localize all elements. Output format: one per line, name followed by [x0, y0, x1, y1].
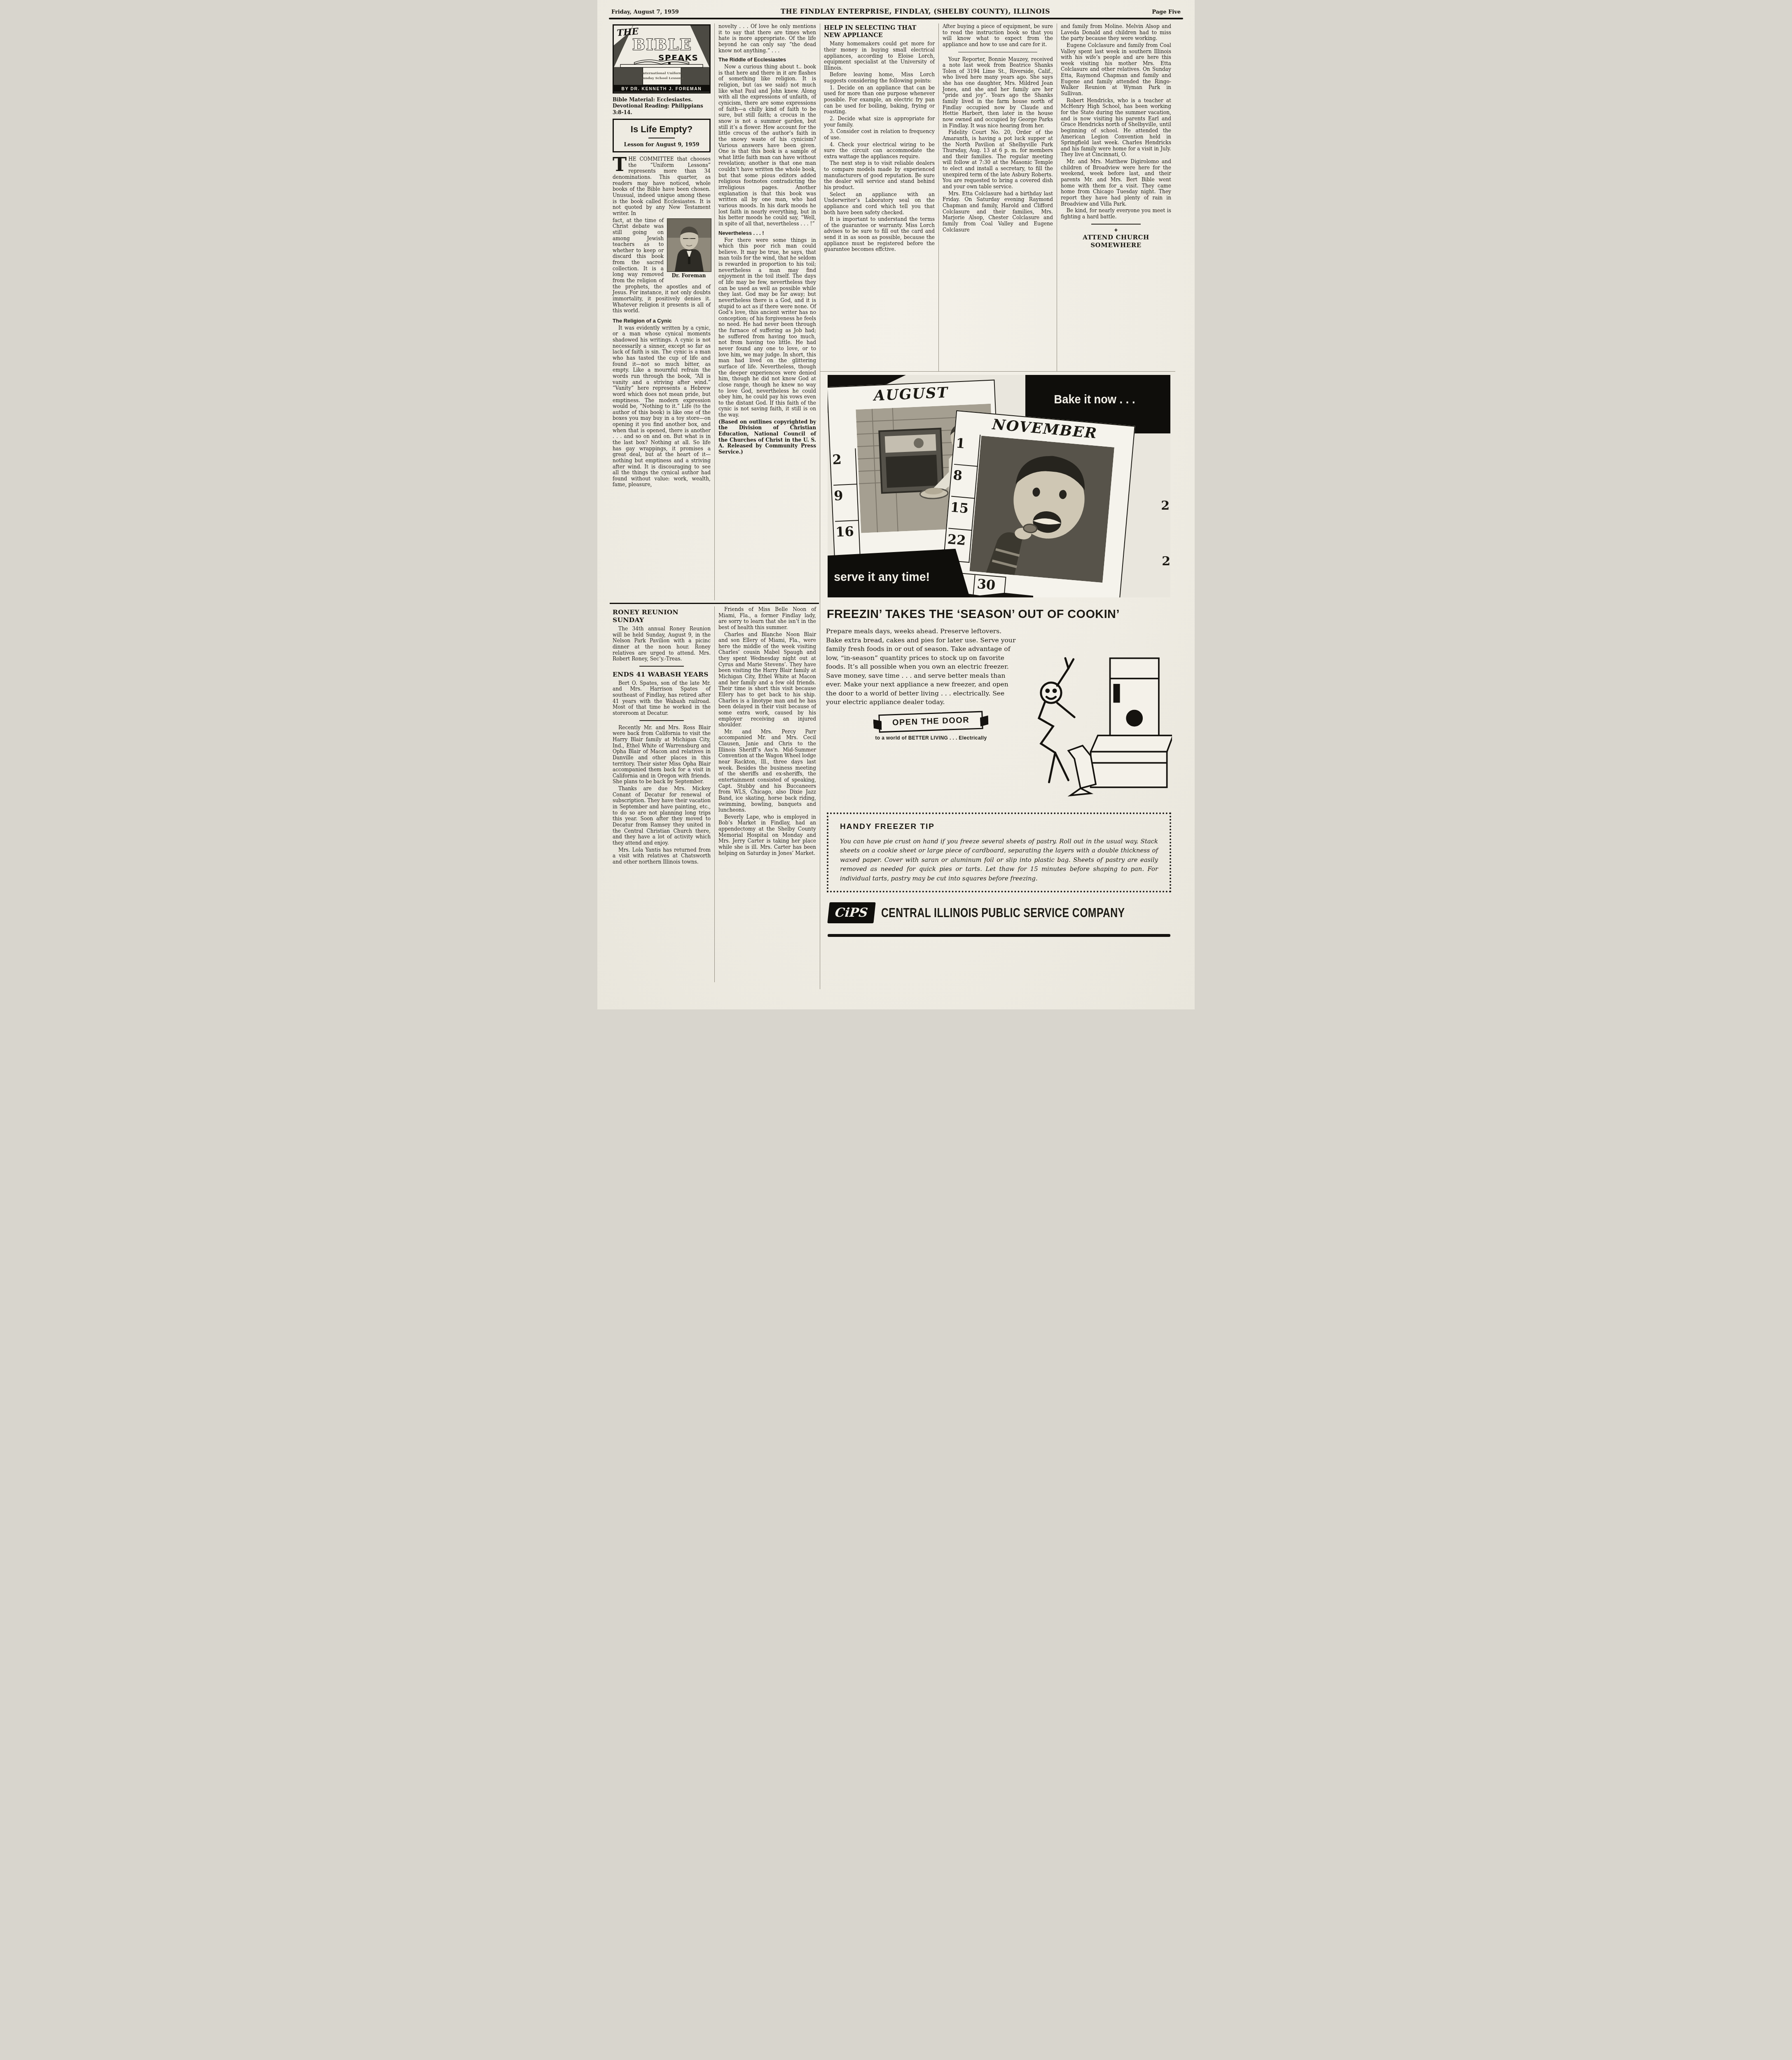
social-news-column: and family from Moline. Melvin Alsop and… [1057, 23, 1175, 371]
separator-rule [639, 720, 683, 721]
article-paragraph: Friends of Miss Belle Noon of Miami, Fla… [718, 606, 816, 631]
masthead-title: THE FINDLAY ENTERPRISE, FINDLAY, (SHELBY… [781, 7, 1050, 15]
article-paragraph: After buying a piece of equipment, be su… [943, 23, 1053, 48]
article-paragraph: Mrs. Etta Colclasure had a birthday last… [943, 191, 1053, 233]
article-paragraph: For there were some things in which this… [718, 237, 816, 418]
calendar-number: 2 [832, 448, 857, 485]
bible-material-line: Bible Material: Ecclesiastes. [613, 97, 711, 103]
august-label: AUGUST [828, 382, 994, 406]
article-paragraph: Be kind, for nearly everyone you meet is… [1061, 208, 1171, 220]
article-paragraph: The 34th annual Roney Reunion will be he… [613, 626, 711, 662]
portrait-photo [667, 218, 711, 272]
subhead-religion-of-a-cynic: The Religion of a Cynic [613, 318, 711, 324]
article-paragraph: Select an appliance with an Underwriter’… [824, 192, 935, 216]
lesson-title: Is Life Empty? [616, 124, 707, 135]
calendar-number: 8 [951, 465, 978, 499]
serve-band: serve it any time! [828, 549, 970, 597]
local-news-column-a: RONEY REUNION SUNDAY The 34th annual Ron… [609, 606, 714, 982]
subhead-riddle-of-ecclesiastes: The Riddle of Ecclesiastes [718, 56, 816, 63]
reddy-kilowatt-cartoon [1020, 627, 1172, 804]
appliance-article-column: HELP IN SELECTING THAT NEW APPLIANCE Man… [820, 23, 938, 371]
ad-headline: FREEZIN’ TAKES THE ‘SEASON’ OUT OF COOKI… [827, 607, 1158, 621]
cips-freezer-ad: AUGUST [820, 371, 1175, 989]
headline-roney-reunion: RONEY REUNION SUNDAY [613, 608, 711, 624]
article-paragraph: 2. Decide what size is appropriate for y… [824, 116, 935, 128]
masthead-date: Friday, August 7, 1959 [611, 9, 679, 15]
bible-speaks-column-2: novelty . . . Of love he only mentions i… [714, 23, 820, 600]
left-section: THE BIBLE SPEAKS International Uniform S… [609, 23, 820, 982]
ad-body-copy: Prepare meals days, weeks ahead. Preserv… [826, 627, 1015, 706]
logo-bible-text: BIBLE [632, 35, 692, 54]
lesson-divider [648, 138, 675, 138]
article-paragraph: Mr. and Mrs. Percy Parr accompanied Mr. … [718, 729, 816, 813]
devotional-reading-line: Devotional Reading: Philippians 3:8-14. [613, 103, 711, 116]
lectern-shelf [620, 64, 703, 67]
freezer-cartoon-art [1020, 627, 1172, 804]
article-paragraph: Now a curious thing about t.. book is th… [718, 64, 816, 227]
article-paragraph: Many homemakers could get more for their… [824, 41, 935, 71]
lesson-box: Is Life Empty? Lesson for August 9, 1959 [613, 119, 711, 152]
article-paragraph: Fidelity Court No. 20, Order of the Amar… [943, 129, 1053, 190]
drop-cap: T [613, 156, 628, 172]
ad-body-text: Prepare meals days, weeks ahead. Preserv… [826, 627, 1020, 804]
separator-rule [1091, 224, 1141, 225]
bible-speaks-art: THE BIBLE SPEAKS International Uniform S… [614, 26, 709, 92]
bible-speaks-column: THE BIBLE SPEAKS International Uniform S… [609, 23, 714, 600]
lesson-subtitle: Lesson for August 9, 1959 [616, 141, 707, 147]
calendar-number: 2 [1162, 554, 1170, 569]
right-section: HELP IN SELECTING THAT NEW APPLIANCE Man… [820, 23, 1175, 989]
article-paragraph: Your Reporter, Bonnie Mauzey, received a… [943, 56, 1053, 129]
article-paragraph: Thanks are due Mrs. Mickey Conant of Dec… [613, 786, 711, 846]
bake-it-now-text: Bake it now . . . [1025, 375, 1162, 407]
masthead-page-number: Page Five [1152, 9, 1181, 15]
cips-signature: CiPS CENTRAL ILLINOIS PUBLIC SERVICE COM… [828, 902, 1172, 923]
tip-heading: HANDY FREEZER TIP [840, 822, 1158, 831]
newspaper-page: Friday, August 7, 1959 THE FINDLAY ENTER… [597, 0, 1195, 1009]
article-paragraph: 1. Decide on an appliance that can be us… [824, 85, 935, 115]
headline-ends-41-wabash-years: ENDS 41 WABASH YEARS [613, 670, 711, 678]
attend-church-text: ATTEND CHURCH SOMEWHERE [1083, 234, 1149, 249]
article-paragraph: 4. Check your electrical wiring to be su… [824, 142, 935, 160]
headline-help-in-selecting: HELP IN SELECTING THAT NEW APPLIANCE [824, 24, 935, 39]
cips-logo: CiPS [827, 902, 875, 923]
open-the-door-banner: OPEN THE DOOR to a world of BETTER LIVIN… [842, 713, 1020, 742]
article-paragraph: Mrs. Lola Yantis has returned from a vis… [613, 847, 711, 865]
subhead-nevertheless: Nevertheless . . . ! [718, 230, 816, 236]
logo-sub2-text: Sunday School Lessons [641, 76, 683, 80]
masthead-rule [609, 18, 1183, 19]
article-paragraph: It is important to understand the terms … [824, 216, 935, 253]
separator-rule [639, 666, 683, 667]
bible-speaks-logo: THE BIBLE SPEAKS International Uniform S… [613, 24, 711, 94]
boy-eating-photo [969, 435, 1114, 583]
article-paragraph: Eugene Colclasure and family from Coal V… [1061, 42, 1171, 97]
article-paragraph: 3. Consider cost in relation to frequenc… [824, 129, 935, 140]
dr-foreman-portrait: Dr. Foreman [667, 218, 711, 279]
ribbon-banner: OPEN THE DOOR [879, 711, 984, 732]
calendar-number: 15 [948, 497, 975, 531]
article-paragraph: and family from Moline. Melvin Alsop and… [1061, 23, 1171, 42]
local-news-column-b: Friends of Miss Belle Noon of Miami, Fla… [714, 606, 820, 982]
article-paragraph: Mr. and Mrs. Matthew Digirolomo and chil… [1061, 159, 1171, 207]
bottom-rule [828, 934, 1170, 937]
banner-subtext: to a world of BETTER LIVING . . . Electr… [842, 735, 1020, 742]
article-paragraph: Before leaving home, Miss Lorch suggests… [824, 72, 935, 84]
calendar-montage: AUGUST [828, 375, 1170, 597]
cips-company-name: CENTRAL ILLINOIS PUBLIC SERVICE COMPANY [881, 906, 1125, 920]
article-paragraph: Charles and Blanche Noon Blair and son E… [718, 632, 816, 728]
portrait-caption: Dr. Foreman [667, 273, 711, 279]
separator-rule [958, 52, 1038, 52]
left-section-rule [610, 603, 819, 604]
reporter-column: After buying a piece of equipment, be su… [938, 23, 1057, 371]
article-paragraph: novelty . . . Of love he only mentions i… [718, 23, 816, 54]
article-paragraph: The next step is to visit reliable deale… [824, 160, 935, 190]
article-paragraph: Robert Hendricks, who is a teacher at Mc… [1061, 98, 1171, 158]
calendar-number: 2 [1161, 499, 1170, 513]
article-paragraph: Recently Mr. and Mrs. Ross Blair were ba… [613, 725, 711, 785]
november-calendar-card: NOVEMBER [940, 410, 1135, 597]
tip-body-text: You can have pie crust on hand if you fr… [840, 837, 1158, 883]
article-paragraph: Bert O. Spates, son of the late Mr. and … [613, 680, 711, 716]
august-week-numbers: 2 9 16 [832, 448, 860, 558]
article-paragraph: Beverly Lape, who is employed in Bob’s M… [718, 814, 816, 856]
article-paragraph: It was evidently written by a cynic, or … [613, 325, 711, 488]
logo-sub1-text: International Uniform [641, 71, 683, 75]
attend-church-block: ✚ ATTEND CHURCH SOMEWHERE [1061, 229, 1171, 249]
masthead: Friday, August 7, 1959 THE FINDLAY ENTER… [609, 7, 1183, 15]
cross-icon: ✚ [1061, 229, 1171, 233]
article-paragraph: THE COMMITTEE that chooses the “Uniform … [613, 156, 711, 216]
calendar-number: 1 [954, 433, 981, 467]
handy-freezer-tip-box: HANDY FREEZER TIP You can have pie crust… [827, 812, 1171, 892]
copyright-note: (Based on outlines copyrighted by the Di… [718, 419, 816, 455]
calendar-number: 9 [833, 485, 859, 522]
calendar-number: 16 [835, 521, 861, 558]
logo-byline-text: BY DR. KENNETH J. FOREMAN [622, 87, 702, 91]
